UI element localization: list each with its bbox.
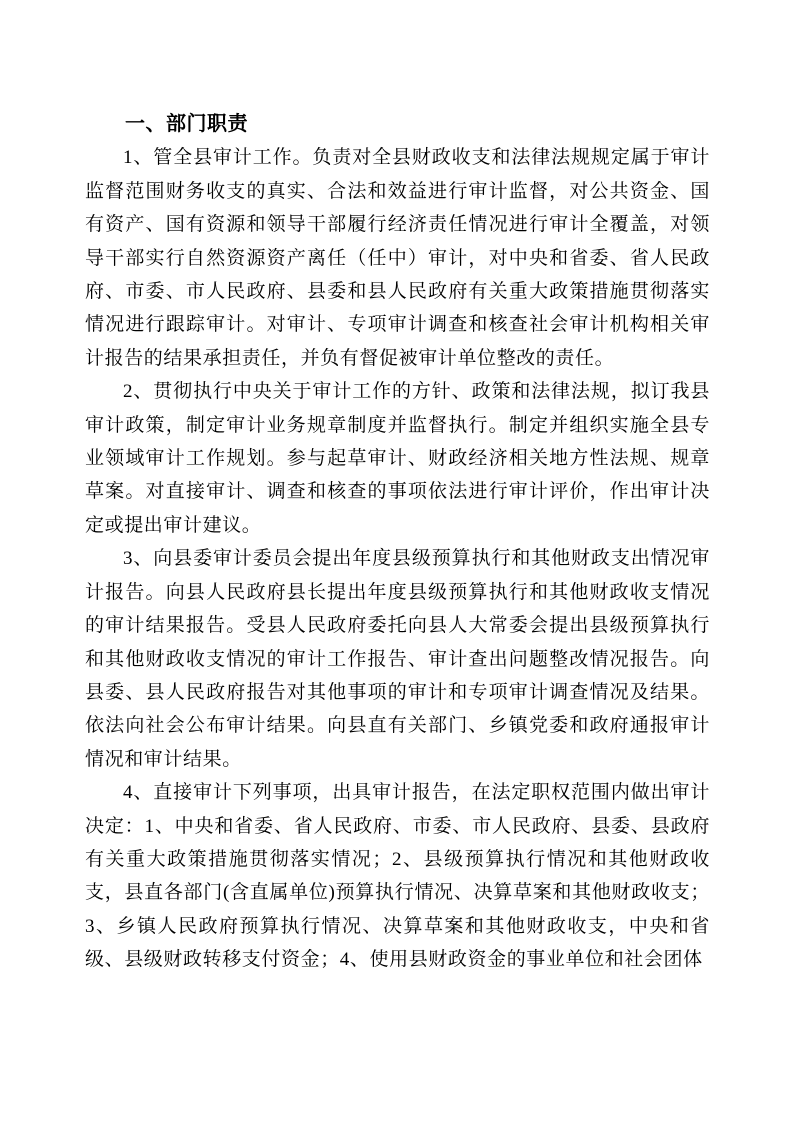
paragraph-duty-2: 2、贯彻执行中央关于审计工作的方针、政策和法律法规，拟订我县审计政策，制定审计业… [85,375,710,542]
section-heading: 一、部门职责 [85,108,710,141]
paragraph-duty-1: 1、管全县审计工作。负责对全县财政收支和法律法规规定属于审计监督范围财务收支的真… [85,141,710,375]
document-page: 一、部门职责 1、管全县审计工作。负责对全县财政收支和法律法规规定属于审计监督范… [0,0,793,1122]
paragraph-duty-4: 4、直接审计下列事项，出具审计报告，在法定职权范围内做出审计决定：1、中央和省委… [85,776,710,976]
paragraph-duty-3: 3、向县委审计委员会提出年度县级预算执行和其他财政支出情况审计报告。向县人民政府… [85,542,710,776]
